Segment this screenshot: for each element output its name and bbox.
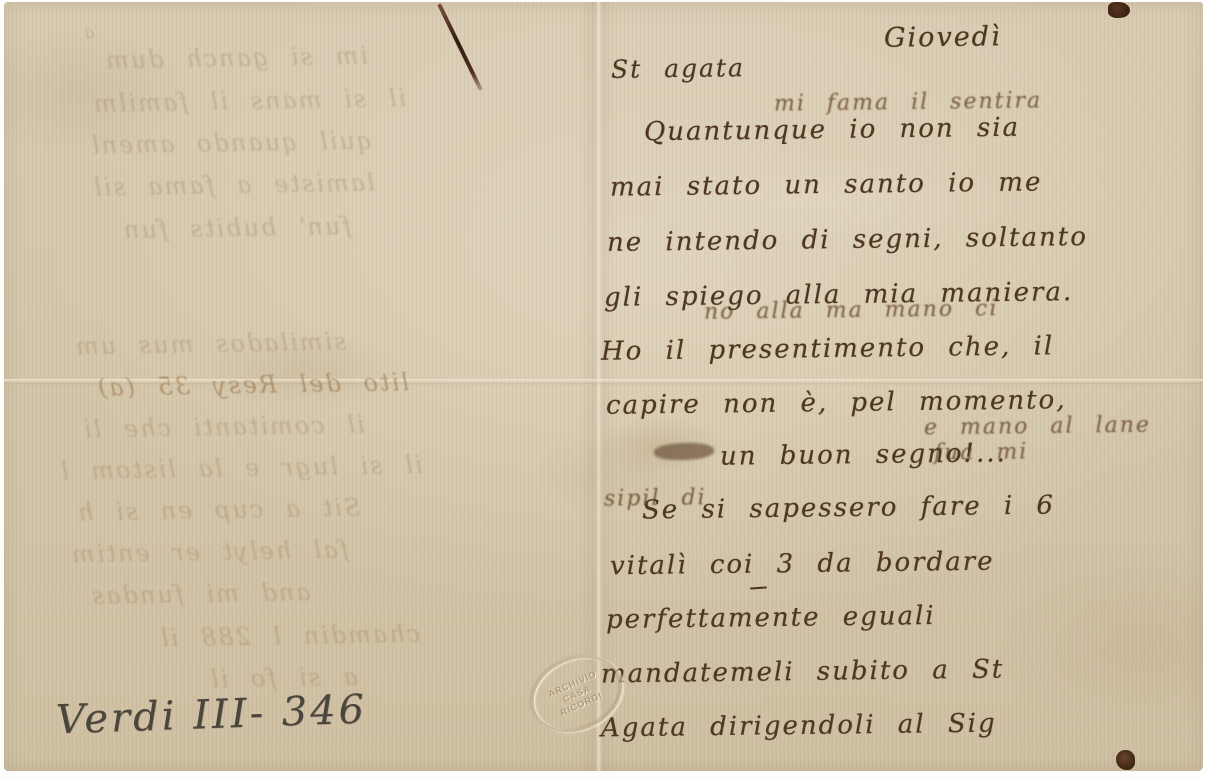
letter-scan-frame: aim si ganch dumil si mans il familmquil…: [0, 0, 1206, 779]
handwriting-line: gli spiego alla mia maniera.: [604, 277, 1074, 313]
handwriting-line: Quantunque io non sia: [644, 113, 1020, 148]
handwriting-line: ne intendo di segni, soltanto: [607, 222, 1088, 258]
handwriting-line: Se si sapessero fare i 6: [642, 490, 1055, 525]
handwriting-line: perfettamente eguali: [606, 601, 936, 635]
handwriting-line: mai stato un santo io me: [610, 167, 1043, 202]
letter-paper: aim si ganch dumil si mans il familmquil…: [4, 2, 1203, 771]
ink-blot-bottom-right: [1116, 750, 1135, 770]
handwriting-line: vitalì coi 3 da bordare: [610, 547, 995, 582]
handwriting-line: Giovedì: [884, 21, 1002, 53]
handwriting-line: Ho il presentimento che, il: [601, 331, 1055, 367]
right-page-handwriting: GiovedìSt agataQuantunque io non siamai …: [4, 2, 1203, 771]
handwriting-line: Agata dirigendoli al Sig: [601, 709, 997, 744]
handwriting-line: capire non è, pel momento,: [606, 385, 1067, 421]
handwriting-line: un buon segno!...: [720, 438, 1007, 472]
handwriting-line: St agata: [611, 53, 745, 84]
ink-blot-top-right: [1108, 2, 1130, 18]
handwriting-line: mandatemeli subito a St: [601, 655, 1005, 690]
